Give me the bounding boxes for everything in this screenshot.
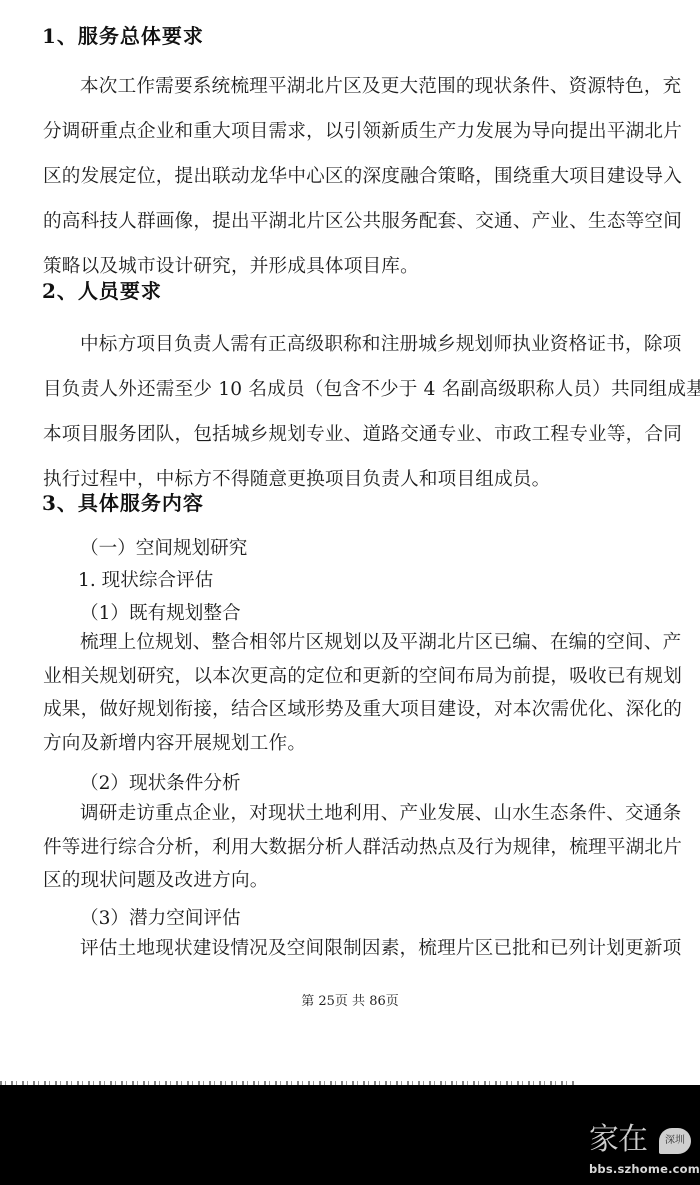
watermark-chars: 家在	[589, 1122, 647, 1158]
section-1-paragraph: 本次工作需要系统梳理平湖北片区及更大范围的现状条件、资源特色，充 分调研重点企业…	[43, 64, 645, 289]
paragraph-line: 件等进行综合分析，利用大数据分析人群活动热点及行为规律，梳理平湖北片	[43, 831, 645, 865]
paragraph-line: 的高科技人群画像，提出平湖北片区公共服务配套、交通、产业、生态等空间	[43, 199, 645, 244]
paragraph-line: 分调研重点企业和重大项目需求，以引领新质生产力发展为导向提出平湖北片	[43, 109, 645, 154]
paragraph-line: 梳理上位规划、整合相邻片区规划以及平湖北片区已编、在编的空间、产	[43, 626, 645, 660]
page-footer: 第 25页 共 86页	[0, 993, 700, 1011]
paragraph-line: 业相关规划研究，以本次更高的定位和更新的空间布局为前提，吸收已有规划	[43, 660, 645, 694]
section-heading-3: 3、具体服务内容	[42, 491, 204, 515]
subitem-2-paragraph: 调研走访重点企业，对现状土地利用、产业发展、山水生态条件、交通条 件等进行综合分…	[43, 797, 645, 898]
paragraph-line: 区的发展定位，提出联动龙华中心区的深度融合策略，围绕重大项目建设导入	[43, 154, 645, 199]
section-2-paragraph: 中标方项目负责人需有正高级职称和注册城乡规划师执业资格证书，除项 目负责人外还需…	[43, 322, 645, 502]
watermark-badge: 深圳	[659, 1128, 691, 1154]
paragraph-line: 目负责人外还需至少 10 名成员（包含不少于 4 名副高级职称人员）共同组成基	[43, 367, 645, 412]
paragraph-line: 区的现状问题及改进方向。	[43, 864, 645, 898]
section-heading-2: 2、人员要求	[42, 279, 162, 303]
subitem-title-3: （3）潜力空间评估	[80, 907, 241, 931]
document-page: 1、服务总体要求 本次工作需要系统梳理平湖北片区及更大范围的现状条件、资源特色，…	[0, 0, 700, 1085]
paragraph-line: 评估土地现状建设情况及空间限制因素，梳理片区已批和已列计划更新项	[43, 932, 645, 966]
paragraph-line: 中标方项目负责人需有正高级职称和注册城乡规划师执业资格证书，除项	[43, 322, 645, 367]
subitem-1-paragraph: 梳理上位规划、整合相邻片区规划以及平湖北片区已编、在编的空间、产 业相关规划研究…	[43, 626, 645, 760]
paragraph-line: 调研走访重点企业，对现状土地利用、产业发展、山水生态条件、交通条	[43, 797, 645, 831]
paragraph-line: 本项目服务团队，包括城乡规划专业、道路交通专业、市政工程专业等，合同	[43, 412, 645, 457]
watermark-logo: 家在 深圳 bbs.szhome.com	[589, 1122, 694, 1182]
subitem-title-2: （2）现状条件分析	[80, 772, 241, 796]
section-heading-1: 1、服务总体要求	[42, 24, 204, 48]
item-title: 1. 现状综合评估	[78, 569, 213, 593]
paragraph-line: 成果，做好规划衔接，结合区域形势及重大项目建设，对本次需优化、深化的	[43, 693, 645, 727]
subitem-3-paragraph: 评估土地现状建设情况及空间限制因素，梳理片区已批和已列计划更新项	[43, 932, 645, 966]
black-band: 家在 深圳 bbs.szhome.com	[0, 1085, 700, 1185]
paragraph-line: 本次工作需要系统梳理平湖北片区及更大范围的现状条件、资源特色，充	[43, 64, 645, 109]
subitem-title-1: （1）既有规划整合	[80, 602, 241, 626]
subsection-title: （一）空间规划研究	[80, 537, 247, 561]
paragraph-line: 方向及新增内容开展规划工作。	[43, 727, 645, 761]
watermark-url: bbs.szhome.com	[589, 1162, 694, 1176]
